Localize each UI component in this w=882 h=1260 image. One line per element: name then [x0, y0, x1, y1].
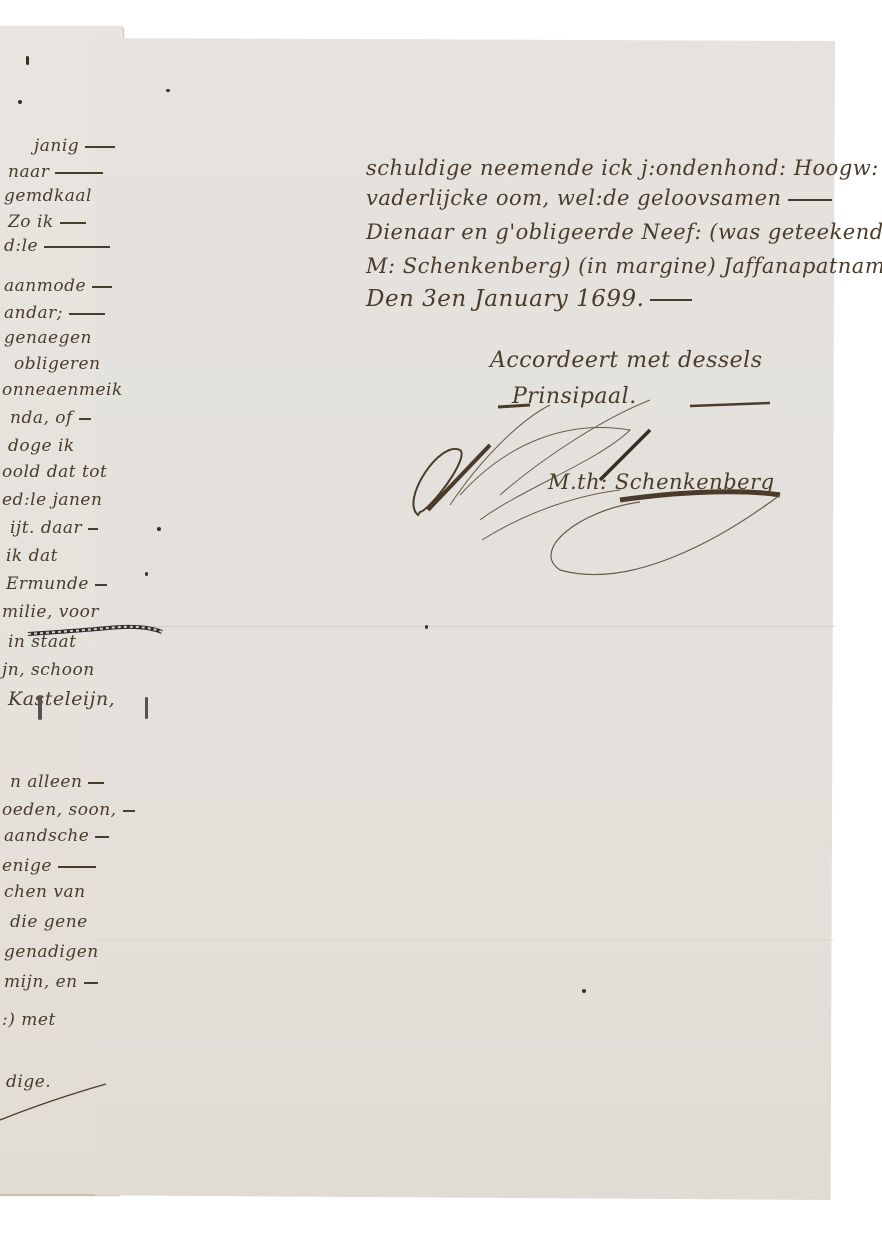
text-line-3: Dienaar en g'obligeerde Neef: (was getee…: [366, 220, 882, 244]
closing-flourish: [0, 1080, 110, 1130]
ink-spot: [145, 572, 148, 576]
text-line: Ermunde: [6, 574, 89, 594]
text-line: :) met: [2, 1010, 56, 1030]
text-line: nda, of: [10, 408, 73, 428]
text-line: ik dat: [6, 546, 58, 566]
text-line: doge ik: [8, 436, 75, 456]
text-line-1: schuldige neemende ick j:ondenhond: Hoog…: [366, 156, 882, 180]
text-line: ijt. daar: [10, 518, 82, 538]
text-line: d:le: [4, 236, 38, 256]
ink-spot: [425, 625, 428, 629]
paper-fold-crease: [95, 940, 835, 941]
text-line-2: vaderlijcke oom, wel:de geloovsamen: [366, 186, 832, 210]
text-line: mijn, en: [4, 972, 78, 992]
text-line: naar: [8, 162, 49, 182]
main-manuscript-page: [95, 38, 835, 1200]
paper-fold-crease: [95, 626, 835, 627]
ink-spot: [582, 989, 586, 993]
text-line: oeden, soon,: [2, 800, 117, 820]
text-line: n alleen: [10, 772, 82, 792]
text-line: janig: [34, 136, 79, 156]
text-line: genaegen: [4, 328, 92, 348]
ink-spot: [18, 100, 22, 104]
ink-spot: [26, 56, 29, 65]
attestation-line-1: Accordeert met dessels: [490, 348, 763, 373]
text-line-4: M: Schenkenberg) (in margine) Jaffanapat…: [366, 254, 882, 278]
binding-cord: [28, 624, 163, 638]
text-line: aandsche: [4, 826, 89, 846]
text-line: genadigen: [4, 942, 99, 962]
text-line: obligeren: [14, 354, 101, 374]
text-line: chen van: [4, 882, 86, 902]
text-line: Zo ik: [8, 212, 54, 232]
ink-spot: [157, 527, 161, 531]
sewing-hole: [38, 696, 42, 720]
text-line: die gene: [10, 912, 88, 932]
ink-spot: [166, 89, 170, 92]
text-line: andar;: [4, 303, 63, 323]
text-line: milie, voor: [2, 602, 99, 622]
text-line: gemdkaal: [4, 186, 92, 206]
sewing-hole: [145, 697, 148, 719]
signature-name: M.th: Schenkenberg: [548, 470, 775, 494]
text-line: aanmode: [4, 276, 86, 296]
text-line: Kasteleijn,: [8, 688, 115, 710]
signature-flourish: [400, 400, 800, 590]
text-line: ed:le janen: [2, 490, 102, 510]
text-line-5-date: Den 3en January 1699.: [366, 286, 692, 312]
text-line: enige: [2, 856, 52, 876]
text-line: onneaenmeik: [2, 380, 123, 400]
text-line: jn, schoon: [2, 660, 95, 680]
text-line: oold dat tot: [2, 462, 107, 482]
